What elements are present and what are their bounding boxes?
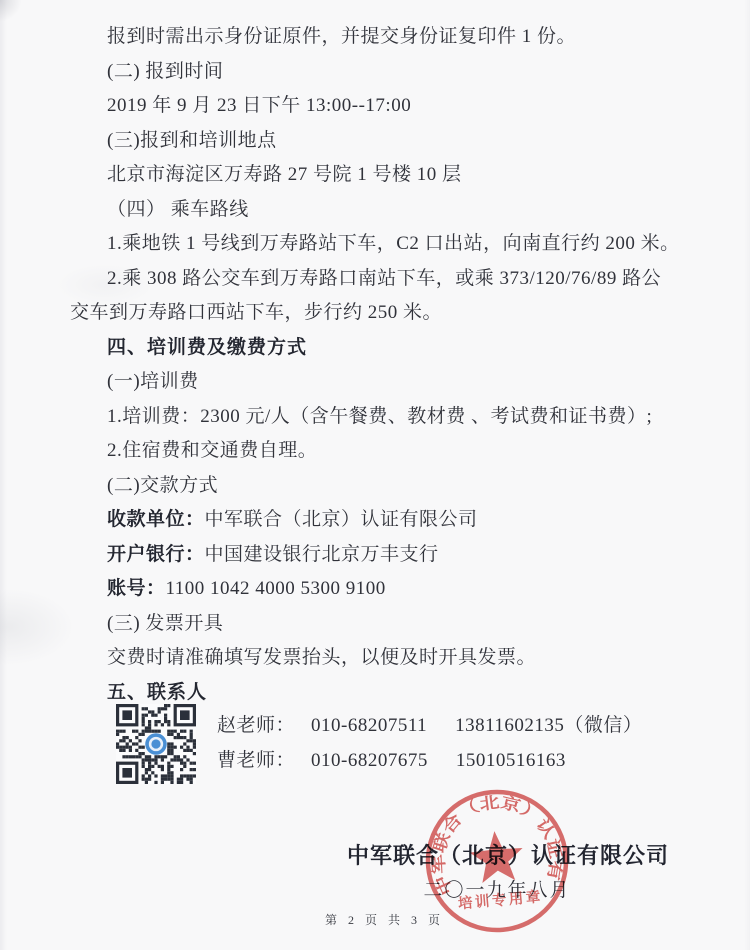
- doc-line: 1.培训费：2300 元/人（含午餐费、教材费 、考试费和证书费）;: [70, 400, 686, 435]
- doc-line: 账号：1100 1042 4000 5300 9100: [70, 572, 686, 607]
- field-label: 开户银行：: [107, 544, 205, 565]
- field-value: 1100 1042 4000 5300 9100: [166, 578, 386, 599]
- doc-line: (一)培训费: [70, 365, 686, 400]
- field-label: 账号：: [107, 578, 166, 599]
- contact-name: 赵老师：: [217, 715, 295, 736]
- doc-line: (二) 报到时间: [70, 55, 686, 90]
- contact-name: 曹老师：: [217, 750, 295, 771]
- doc-line: (三)报到和培训地点: [70, 124, 686, 159]
- doc-line: 2019 年 9 月 23 日下午 13:00--17:00: [70, 89, 686, 124]
- doc-line: (二)交款方式: [70, 469, 686, 504]
- contact-mobile: 13811602135（微信）: [455, 715, 642, 736]
- doc-content: 报到时需出示身份证原件，并提交身份证复印件 1 份。(二) 报到时间2019 年…: [70, 20, 686, 710]
- doc-line: 收款单位：中军联合（北京）认证有限公司: [70, 503, 686, 538]
- contact-phone: 010-68207511: [311, 715, 427, 736]
- doc-line: 报到时需出示身份证原件，并提交身份证复印件 1 份。: [70, 20, 686, 55]
- doc-line: 2.乘 308 路公交车到万寿路口南站下车，或乘 373/120/76/89 路…: [70, 262, 686, 297]
- doc-line: 交费时请准确填写发票抬头，以便及时开具发票。: [70, 641, 686, 676]
- doc-line: (三) 发票开具: [70, 607, 686, 642]
- qr-code-icon: [116, 704, 196, 784]
- contact-list: 赵老师：010-6820751113811602135（微信）曹老师：010-6…: [217, 704, 642, 778]
- seal-bottom-text: 培训专用章: [457, 887, 543, 912]
- contact-row: 曹老师：010-6820767515010516163: [217, 743, 642, 778]
- contact-row: 赵老师：010-6820751113811602135（微信）: [217, 708, 642, 743]
- doc-line: （四） 乘车路线: [70, 193, 686, 228]
- seal-star-icon: [468, 829, 525, 884]
- doc-line: 2.住宿费和交通费自理。: [70, 434, 686, 469]
- doc-line: 交车到万寿路口西站下车，步行约 250 米。: [70, 296, 686, 331]
- company-seal: 中军联合（北京）认证有限公司 培训专用章: [405, 769, 589, 950]
- contact-mobile: 15010516163: [456, 750, 566, 771]
- doc-line: 北京市海淀区万寿路 27 号院 1 号楼 10 层: [70, 158, 686, 193]
- field-value: 中国建设银行北京万丰支行: [205, 544, 439, 565]
- document-page: 报到时需出示身份证原件，并提交身份证复印件 1 份。(二) 报到时间2019 年…: [0, 0, 750, 950]
- field-label: 收款单位：: [107, 509, 205, 530]
- doc-line: 四、培训费及缴费方式: [70, 331, 686, 366]
- doc-line: 开户银行：中国建设银行北京万丰支行: [70, 538, 686, 573]
- contact-phone: 010-68207675: [311, 750, 428, 771]
- doc-line: 1.乘地铁 1 号线到万寿路站下车，C2 口出站，向南直行约 200 米。: [70, 227, 686, 262]
- field-value: 中军联合（北京）认证有限公司: [205, 509, 478, 530]
